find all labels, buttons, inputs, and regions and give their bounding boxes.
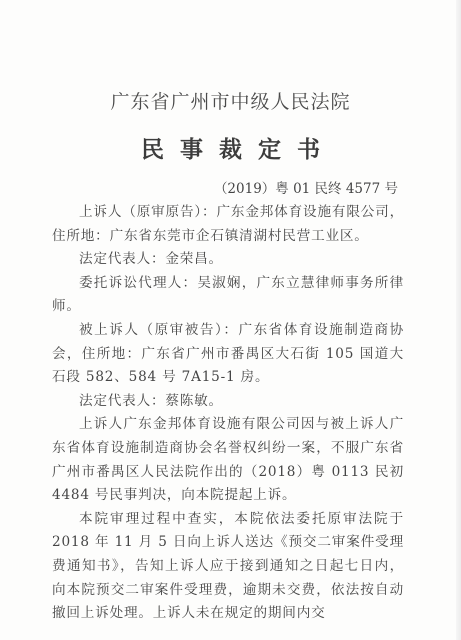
court-name: 广东省广州市中级人民法院: [0, 87, 461, 114]
case-number: （2019）粤 01 民终 4577 号: [214, 177, 398, 197]
document-title: 民事裁定书: [0, 131, 461, 164]
paragraph-appellant-agent: 委托诉讼代理人：吴淑娴，广东立慧律师事务所律师。: [52, 272, 404, 319]
paragraph-appellant-legal-rep: 法定代表人：金荣昌。: [52, 248, 404, 272]
paragraph-case-summary: 上诉人广东金邦体育设施有限公司因与被上诉人广东省体育设施制造商协会名誉权纠纷一案…: [52, 413, 404, 507]
paragraph-findings: 本院审理过程中查实，本院依法委托原审法院于 2018 年 11 月 5 日向上诉…: [52, 508, 404, 626]
paragraph-appellee-legal-rep: 法定代表人：蔡陈敏。: [52, 390, 404, 414]
paragraph-appellant: 上诉人（原审原告）：广东金邦体育设施有限公司，住所地：广东省东莞市企石镇清湖村民…: [52, 201, 404, 248]
paragraph-appellee: 被上诉人（原审被告）：广东省体育设施制造商协会，住所地：广东省广州市番禺区大石街…: [52, 319, 404, 390]
document-body: 上诉人（原审原告）：广东金邦体育设施有限公司，住所地：广东省东莞市企石镇清湖村民…: [52, 201, 404, 626]
